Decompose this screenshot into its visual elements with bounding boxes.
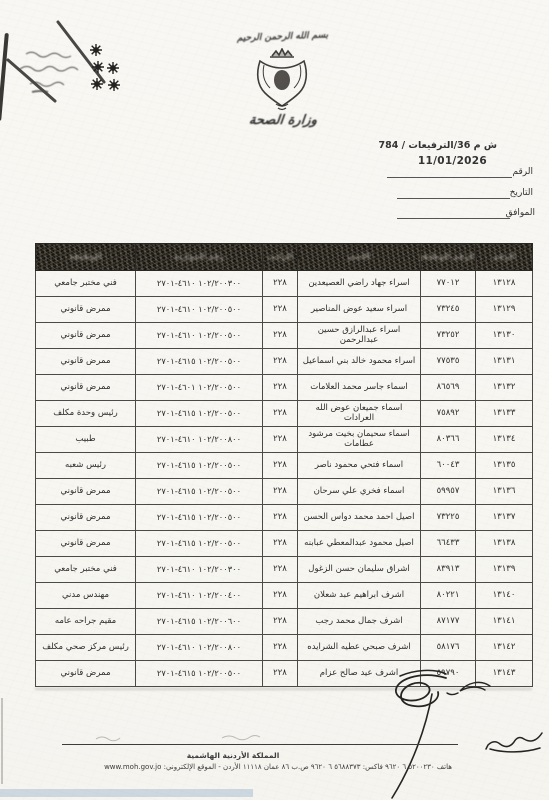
- cell-budget-code: ١٠٢/٢٠٠٥٠٠ ٤٦١٥-٢٧٠١: [136, 531, 263, 557]
- cell-job-title: فني مختبر جامعي: [36, 271, 136, 297]
- basmala-script: بسم الله الرحمن الرحيم: [215, 30, 350, 45]
- cell-job-title: ممرض قانوني: [36, 323, 136, 349]
- cell-budget-code: ١٠٢/٢٠٠٥٠٠ ٤٦٠١-٢٧٠١: [136, 375, 263, 401]
- cell-budget-code: ١٠٢/٢٠٠٥٠٠ ٤٦١٥-٢٧٠١: [136, 661, 263, 687]
- cell-budget-code: ١٠٢/٢٠٠٥٠٠ ٤٦١٥-٢٧٠١: [136, 349, 263, 375]
- cell-serial: ١٣١٢٨: [476, 271, 533, 297]
- cell-employee-number: ٧٣٢٥٢: [421, 323, 476, 349]
- header-name: الاسم: [298, 244, 421, 271]
- table-row: ١٣١٣٥ ٦٠٠٤٣ اسماء فتحي محمود ناصر ٢٢٨ ١٠…: [36, 453, 533, 479]
- cell-name: اشراق سليمان حسن الزغول: [298, 557, 421, 583]
- reference-number: ش م 36/الترفيعات / 784: [378, 140, 497, 151]
- cell-salary: ٢٢٨: [263, 323, 298, 349]
- cell-job-title: ممرض قانوني: [36, 297, 136, 323]
- cell-salary: ٢٢٨: [263, 505, 298, 531]
- date-field-line: [397, 198, 510, 199]
- cell-salary: ٢٢٨: [263, 661, 298, 687]
- cell-job-title: مهندس مدني: [36, 583, 136, 609]
- table-row: ١٣١٣٦ ٥٩٩٥٧ اسماء فخري علي سرحان ٢٢٨ ١٠٢…: [36, 479, 533, 505]
- cell-salary: ٢٢٨: [263, 635, 298, 661]
- cell-budget-code: ١٠٢/٢٠٠٥٠٠ ٤٦١٥-٢٧٠١: [136, 453, 263, 479]
- cell-serial: ١٣١٤١: [476, 609, 533, 635]
- cell-budget-code: ١٠٢/٢٠٠٥٠٠ ٤٦١٥-٢٧٠١: [136, 505, 263, 531]
- scan-edge-artifact: [0, 789, 253, 797]
- cell-serial: ١٣١٣١: [476, 349, 533, 375]
- cell-serial: ١٣١٢٩: [476, 297, 533, 323]
- table-row: ١٣١٤٠ ٨٠٢٢١ اشرف ابراهيم عبد شعلان ٢٢٨ ١…: [36, 583, 533, 609]
- cell-name: اشرف ابراهيم عبد شعلان: [298, 583, 421, 609]
- cell-name: اسراء عبدالرازق حسين عبدالرحمن: [298, 323, 421, 349]
- cell-budget-code: ١٠٢/٢٠٠٨٠٠ ٤٦١٠-٢٧٠١: [136, 635, 263, 661]
- cell-employee-number: ٨٣٩١٣: [421, 557, 476, 583]
- cell-job-title: ممرض قانوني: [36, 349, 136, 375]
- cell-salary: ٢٢٨: [263, 349, 298, 375]
- footer-contact-line: هاتف ٥٢٠٠٢٣٠ ٦ ٩٦٢٠ فاكس: ٥٦٨٨٣٧٣ ٦ ٩٦٢٠…: [48, 763, 508, 771]
- cell-name: اسماء سحيمان بخيت مرشود عطامات: [298, 427, 421, 453]
- cell-employee-number: ٥٩٧٩٠: [421, 661, 476, 687]
- table-row: ١٣١٣٠ ٧٣٢٥٢ اسراء عبدالرازق حسين عبدالرح…: [36, 323, 533, 349]
- cell-salary: ٢٢٨: [263, 479, 298, 505]
- header-budget-code: رقم الموازنة: [136, 244, 263, 271]
- cell-job-title: رئيس مركز صحي مكلف: [36, 635, 136, 661]
- cell-name: اسماء فخري علي سرحان: [298, 479, 421, 505]
- cell-salary: ٢٢٨: [263, 401, 298, 427]
- corresponding-field-line: [397, 218, 510, 219]
- cell-job-title: ممرض قانوني: [36, 661, 136, 687]
- table-row: ١٣١٤١ ٨٧١٧٧ اشرف جمال محمد رجب ٢٢٨ ١٠٢/٢…: [36, 609, 533, 635]
- table-row: ١٣١٤٢ ٥٨١٧٦ اشرف صبحي عطيه الشرايده ٢٢٨ …: [36, 635, 533, 661]
- corresponding-field-label: الموافق: [506, 208, 535, 218]
- cell-employee-number: ٧٧٠١٢: [421, 271, 476, 297]
- table-row: ١٣١٣٢ ٨٦٥٦٩ اسماء جاسر محمد العلامات ٢٢٨…: [36, 375, 533, 401]
- cell-job-title: طبيب: [36, 427, 136, 453]
- cell-serial: ١٣١٣٤: [476, 427, 533, 453]
- cell-budget-code: ١٠٢/٢٠٠٣٠٠ ٤٦١٠-٢٧٠١: [136, 557, 263, 583]
- cell-employee-number: ٧٣٢٢٥: [421, 505, 476, 531]
- cell-salary: ٢٢٨: [263, 583, 298, 609]
- cell-employee-number: ٧٣٢٤٥: [421, 297, 476, 323]
- cell-employee-number: ٦٠٠٤٣: [421, 453, 476, 479]
- cell-budget-code: ١٠٢/٢٠٠٦٠٠ ٤٦١٥-٢٧٠١: [136, 609, 263, 635]
- table-row: ١٣١٣٩ ٨٣٩١٣ اشراق سليمان حسن الزغول ٢٢٨ …: [36, 557, 533, 583]
- promotions-table: الرقم الرقم الوظيفي الاسم الراتب رقم الم…: [35, 243, 533, 687]
- cell-budget-code: ١٠٢/٢٠٠٥٠٠ ٤٦١٠-٢٧٠١: [136, 323, 263, 349]
- cell-name: اسراء محمود خالد بني اسماعيل: [298, 349, 421, 375]
- cell-job-title: ممرض قانوني: [36, 375, 136, 401]
- cell-serial: ١٣١٣٣: [476, 401, 533, 427]
- cell-job-title: رئيس شعبه: [36, 453, 136, 479]
- scanned-document-page: بسم الله الرحمن الرحيم وزارة الصحة ش م 3…: [0, 0, 549, 800]
- registry-stamp: [10, 38, 140, 118]
- table-row: ١٣١٣٣ ٧٥٨٩٢ اسماء جميعان عوض الله العراد…: [36, 401, 533, 427]
- cell-salary: ٢٢٨: [263, 531, 298, 557]
- table-row: ١٣١٣٨ ٦٦٤٣٣ اصيل محمود عبدالمعطي عبابنه …: [36, 531, 533, 557]
- table-header-row: الرقم الرقم الوظيفي الاسم الراتب رقم الم…: [36, 244, 533, 271]
- cell-employee-number: ٨٠٣٦٦: [421, 427, 476, 453]
- cell-job-title: مقيم جراحه عامه: [36, 609, 136, 635]
- header-salary: الراتب: [263, 244, 298, 271]
- cell-serial: ١٣١٣٩: [476, 557, 533, 583]
- cell-serial: ١٣١٣٥: [476, 453, 533, 479]
- kingdom-title: المملكة الأردنية الهاشمية: [123, 751, 343, 760]
- cell-serial: ١٣١٣٠: [476, 323, 533, 349]
- cell-name: اسماء جاسر محمد العلامات: [298, 375, 421, 401]
- cell-job-title: ممرض قانوني: [36, 479, 136, 505]
- cell-job-title: فني مختبر جامعي: [36, 557, 136, 583]
- table-row: ١٣١٣٤ ٨٠٣٦٦ اسماء سحيمان بخيت مرشود عطام…: [36, 427, 533, 453]
- cell-employee-number: ٨٠٢٢١: [421, 583, 476, 609]
- cell-serial: ١٣١٤٠: [476, 583, 533, 609]
- cell-serial: ١٣١٣٨: [476, 531, 533, 557]
- header-job-title: الوظيفة: [36, 244, 136, 271]
- cell-salary: ٢٢٨: [263, 557, 298, 583]
- cell-name: اسماء فتحي محمود ناصر: [298, 453, 421, 479]
- cell-employee-number: ٨٦٥٦٩: [421, 375, 476, 401]
- cell-budget-code: ١٠٢/٢٠٠٥٠٠ ٤٦١٥-٢٧٠١: [136, 401, 263, 427]
- table-row: ١٣١٢٨ ٧٧٠١٢ اسراء جهاد راضي العصيعدين ٢٢…: [36, 271, 533, 297]
- date-field-label: التاريخ: [510, 188, 533, 198]
- table-row: ١٣١٣١ ٧٧٥٣٥ اسراء محمود خالد بني اسماعيل…: [36, 349, 533, 375]
- cell-salary: ٢٢٨: [263, 609, 298, 635]
- jordan-coat-of-arms: [248, 48, 316, 114]
- footer-rule: [62, 744, 458, 745]
- cell-job-title: رئيس وحدة مكلف: [36, 401, 136, 427]
- cell-name: اصيل محمود عبدالمعطي عبابنه: [298, 531, 421, 557]
- cell-serial: ١٣١٤٢: [476, 635, 533, 661]
- cell-serial: ١٣١٣٧: [476, 505, 533, 531]
- cell-budget-code: ١٠٢/٢٠٠٣٠٠ ٤٦١٠-٢٧٠١: [136, 271, 263, 297]
- cell-name: اشرف صبحي عطيه الشرايده: [298, 635, 421, 661]
- cell-salary: ٢٢٨: [263, 375, 298, 401]
- cell-salary: ٢٢٨: [263, 297, 298, 323]
- cell-name: اسماء جميعان عوض الله العرادات: [298, 401, 421, 427]
- cell-employee-number: ٥٩٩٥٧: [421, 479, 476, 505]
- cell-name: اسراء جهاد راضي العصيعدين: [298, 271, 421, 297]
- header-employee-number: الرقم الوظيفي: [421, 244, 476, 271]
- cell-serial: ١٣١٤٣: [476, 661, 533, 687]
- star-icon: [90, 44, 120, 91]
- table-row: ١٣١٤٣ ٥٩٧٩٠ اشرف عيد صالح عزام ٢٢٨ ١٠٢/٢…: [36, 661, 533, 687]
- table-row: ١٣١٢٩ ٧٣٢٤٥ اسراء سعيد عوض المناصير ٢٢٨ …: [36, 297, 533, 323]
- table-row: ١٣١٣٧ ٧٣٢٢٥ اصيل احمد محمد دواس الحسن ٢٢…: [36, 505, 533, 531]
- cell-job-title: ممرض قانوني: [36, 531, 136, 557]
- cell-name: اصيل احمد محمد دواس الحسن: [298, 505, 421, 531]
- cell-employee-number: ٨٧١٧٧: [421, 609, 476, 635]
- cell-budget-code: ١٠٢/٢٠٠٨٠٠ ٤٦١٠-٢٧٠١: [136, 427, 263, 453]
- cell-name: اشرف عيد صالح عزام: [298, 661, 421, 687]
- scan-edge-artifact: [1, 698, 3, 784]
- cell-salary: ٢٢٨: [263, 271, 298, 297]
- cell-employee-number: ٧٧٥٣٥: [421, 349, 476, 375]
- header-serial: الرقم: [476, 244, 533, 271]
- reference-date: 11/01/2026: [418, 155, 487, 167]
- cell-budget-code: ١٠٢/٢٠٠٥٠٠ ٤٦١٠-٢٧٠١: [136, 297, 263, 323]
- cell-salary: ٢٢٨: [263, 453, 298, 479]
- number-field-label: الرقم: [512, 167, 533, 177]
- cell-name: اسراء سعيد عوض المناصير: [298, 297, 421, 323]
- cell-name: اشرف جمال محمد رجب: [298, 609, 421, 635]
- cell-serial: ١٣١٣٦: [476, 479, 533, 505]
- cell-salary: ٢٢٨: [263, 427, 298, 453]
- number-field-line: [387, 177, 512, 178]
- cell-employee-number: ٦٦٤٣٣: [421, 531, 476, 557]
- cell-employee-number: ٧٥٨٩٢: [421, 401, 476, 427]
- cell-employee-number: ٥٨١٧٦: [421, 635, 476, 661]
- cell-budget-code: ١٠٢/٢٠٠٥٠٠ ٤٦١٥-٢٧٠١: [136, 479, 263, 505]
- ministry-script: وزارة الصحة: [212, 113, 354, 128]
- scan-shadow: [35, 688, 532, 690]
- cell-serial: ١٣١٣٢: [476, 375, 533, 401]
- cell-budget-code: ١٠٢/٢٠٠٤٠٠ ٤٦١٠-٢٧٠١: [136, 583, 263, 609]
- cell-job-title: ممرض قانوني: [36, 505, 136, 531]
